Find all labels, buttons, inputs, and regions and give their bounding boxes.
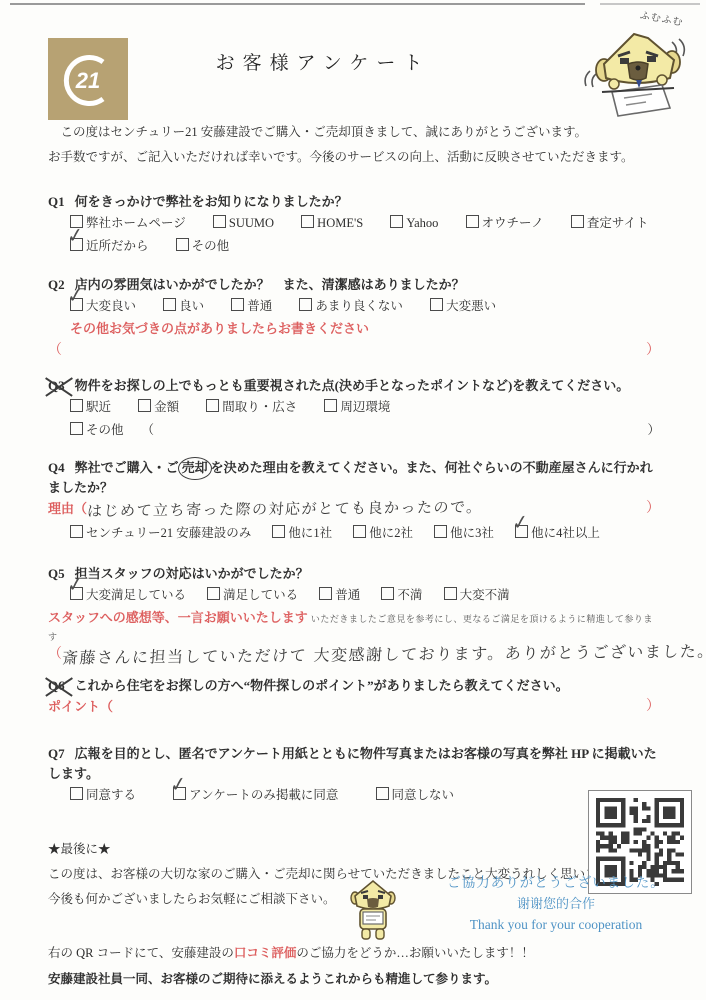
option-label: 良い bbox=[179, 299, 204, 313]
checkbox-disagree[interactable]: ✓ bbox=[376, 787, 389, 800]
q4-option-only: ✓センチュリー21 安藤建設のみ bbox=[70, 522, 251, 545]
option-label: HOME'S bbox=[317, 216, 363, 230]
q6-point-label: ポイント（ bbox=[48, 696, 113, 718]
q5-writein-area[interactable]: （ 斎藤さんに担当していただけて 大変感謝しております。ありがとうございました。… bbox=[48, 644, 660, 668]
q4-option-1sha: ✓他に1社 bbox=[272, 522, 332, 545]
paren-close: ） bbox=[646, 696, 660, 718]
option-label: その他 bbox=[86, 423, 124, 437]
checkbox-normal[interactable]: ✓ bbox=[231, 298, 244, 311]
checkbox-satei[interactable]: ✓ bbox=[571, 215, 584, 228]
option-label: 他に1社 bbox=[288, 526, 332, 540]
checkmark-icon: ✓ bbox=[511, 511, 530, 533]
q2-options: ✓大変良い ✓良い ✓普通 ✓あまり良くない ✓大変悪い bbox=[48, 295, 660, 318]
paren-close: ） bbox=[646, 498, 660, 520]
question-q3: Q3物件をお探しの上でもっとも重要視された点(決め手となったポイントなど)を教え… bbox=[0, 376, 706, 441]
q2-option-verybad: ✓大変悪い bbox=[430, 295, 496, 318]
option-label: 大変悪い bbox=[446, 299, 496, 313]
q7-option-disagree: ✓同意しない bbox=[376, 784, 455, 807]
thanks-block: ご協力ありがとうございました。 谢谢您的合作 Thank you for you… bbox=[420, 872, 692, 935]
q4-option-4plus: ✓他に4社以上 bbox=[515, 522, 600, 545]
option-label: アンケートのみ掲載に同意 bbox=[189, 788, 338, 802]
q1-option-homepage: ✓弊社ホームページ bbox=[70, 212, 186, 235]
q4-option-3sha: ✓他に3社 bbox=[434, 522, 494, 545]
paren-close: ） bbox=[646, 340, 660, 362]
q3-option-kingaku: ✓金額 bbox=[138, 396, 179, 419]
q7-heading: Q7広報を目的とし、匿名でアンケート用紙とともに物件写真またはお客様の写真を弊社… bbox=[48, 744, 660, 784]
option-label: 駅近 bbox=[86, 400, 111, 414]
q2-writein-prompt: その他お気づきの点がありましたらお書きください bbox=[48, 318, 660, 340]
q2-option-verygood: ✓大変良い bbox=[70, 295, 136, 318]
q2-writein-area[interactable]: （ ） bbox=[48, 340, 660, 362]
checkbox-satisfied[interactable]: ✓ bbox=[207, 587, 220, 600]
checkmark-icon: ✓ bbox=[66, 284, 85, 306]
q1-heading: Q1何をきっかけで弊社をお知りになりましたか？ bbox=[48, 192, 660, 212]
checkbox-kingaku[interactable]: ✓ bbox=[138, 399, 151, 412]
q5-text: 担当スタッフの対応はいかがでしたか？ bbox=[75, 566, 309, 581]
option-label: 金額 bbox=[154, 400, 179, 414]
question-q2: Q2店内の雰囲気はいかがでしたか？ また、清潔感はありましたか？ ✓大変良い ✓… bbox=[0, 275, 706, 362]
q4-reason-area[interactable]: 理由（ はじめて立ち寄った際の対応がとても良かったので。 ） bbox=[48, 498, 660, 522]
question-q5: Q5担当スタッフの対応はいかがでしたか？ ✓大変満足している ✓満足している ✓… bbox=[0, 564, 706, 668]
q7-option-surveyonly: ✓アンケートのみ掲載に同意 bbox=[173, 784, 338, 807]
option-label: オウチーノ bbox=[482, 216, 544, 230]
q4-option-2sha: ✓他に2社 bbox=[353, 522, 413, 545]
checkbox-notgood[interactable]: ✓ bbox=[299, 298, 312, 311]
q1-options-row1: ✓弊社ホームページ ✓SUUMO ✓HOME'S ✓Yahoo ✓オウチーノ ✓… bbox=[48, 212, 660, 235]
paren-open: （ bbox=[48, 644, 62, 666]
q7-text: 広報を目的とし、匿名でアンケート用紙とともに物件写真またはお客様の写真を弊社 H… bbox=[48, 746, 657, 781]
option-label: 不満 bbox=[397, 588, 422, 602]
paren-close: ） bbox=[647, 419, 660, 441]
q4-reason-handwriting: はじめて立ち寄った際の対応がとても良かったので。 bbox=[86, 496, 483, 522]
q4-options: ✓センチュリー21 安藤建設のみ ✓他に1社 ✓他に2社 ✓他に3社 ✓他に4社… bbox=[48, 522, 660, 545]
checkbox-q5-normal[interactable]: ✓ bbox=[319, 587, 332, 600]
q3-heading: Q3物件をお探しの上でもっとも重要視された点(決め手となったポイントなど)を教え… bbox=[48, 376, 660, 396]
option-label: 同意しない bbox=[392, 788, 455, 802]
checkbox-2sha[interactable]: ✓ bbox=[353, 525, 366, 538]
q5-handwriting: 斎藤さんに担当していただけて 大変感謝しております。ありがとうございました。 bbox=[61, 641, 706, 670]
checkbox-ekichika[interactable]: ✓ bbox=[70, 399, 83, 412]
q5-heading: Q5担当スタッフの対応はいかがでしたか？ bbox=[48, 564, 660, 584]
q5-option-normal: ✓普通 bbox=[319, 584, 360, 607]
checkbox-kinjo[interactable]: ✓ bbox=[70, 238, 83, 251]
checkbox-surveyonly[interactable]: ✓ bbox=[173, 787, 186, 800]
question-q4: Q4弊社でご購入・ご売却を決めた理由を教えてください。また、何社ぐらいの不動産屋… bbox=[0, 458, 706, 545]
q2-option-notgood: ✓あまり良くない bbox=[299, 295, 403, 318]
q4-circled-word: 売却 bbox=[178, 457, 212, 480]
checkbox-yahoo[interactable]: ✓ bbox=[390, 215, 403, 228]
checkbox-dissatisfied[interactable]: ✓ bbox=[381, 587, 394, 600]
option-label: Yahoo bbox=[406, 216, 438, 230]
checkbox-good[interactable]: ✓ bbox=[163, 298, 176, 311]
q2-option-good: ✓良い bbox=[163, 295, 204, 318]
q1-text: 何をきっかけで弊社をお知りになりましたか？ bbox=[75, 194, 348, 209]
thanks-japanese: ご協力ありがとうございました。 bbox=[420, 872, 692, 893]
checkbox-agree[interactable]: ✓ bbox=[70, 787, 83, 800]
thanks-chinese: 谢谢您的合作 bbox=[420, 893, 692, 914]
checkbox-verygood[interactable]: ✓ bbox=[70, 298, 83, 311]
q3-number: Q3 bbox=[48, 376, 65, 396]
option-label: 他に2社 bbox=[369, 526, 413, 540]
paren-open: （ bbox=[142, 423, 155, 437]
option-label: 大変満足している bbox=[86, 588, 186, 602]
q3-options: ✓駅近 ✓金額 ✓間取り・広さ ✓周辺環境 bbox=[48, 396, 660, 419]
q1-option-yahoo: ✓Yahoo bbox=[390, 212, 438, 235]
option-label: 近所だから bbox=[86, 239, 149, 253]
option-label: 普通 bbox=[335, 588, 360, 602]
intro-line-2: お手数ですが、ご記入いただければ幸いです。今後のサービスの向上、活動に反映させて… bbox=[48, 145, 660, 170]
q3-other-row: ✓その他（ ） bbox=[48, 419, 660, 441]
q2-option-normal: ✓普通 bbox=[231, 295, 272, 318]
option-label: 他に4社以上 bbox=[531, 526, 600, 540]
checkbox-shuhen[interactable]: ✓ bbox=[324, 399, 337, 412]
q1-option-kinjo: ✓近所だから bbox=[70, 235, 149, 258]
q6-number: Q6 bbox=[48, 676, 65, 696]
q4-heading: Q4弊社でご購入・ご売却を決めた理由を教えてください。また、何社ぐらいの不動産屋… bbox=[48, 458, 660, 498]
q5-option-verysatisfied: ✓大変満足している bbox=[70, 584, 186, 607]
q5-option-dissatisfied: ✓不満 bbox=[381, 584, 422, 607]
paren-open: （ bbox=[100, 699, 113, 714]
q3-text: 物件をお探しの上でもっとも重要視された点(決め手となったポイントなど)を教えてく… bbox=[75, 378, 630, 393]
q1-number: Q1 bbox=[48, 192, 65, 212]
checkbox-sonota[interactable]: ✓ bbox=[176, 238, 189, 251]
q1-options-row2: ✓近所だから ✓その他 bbox=[48, 235, 660, 258]
kuchikomi-highlight: 口コミ評価 bbox=[234, 946, 297, 960]
header: 21 お客様アンケート ふむふむ bbox=[0, 0, 706, 128]
checkmark-icon: ✓ bbox=[169, 773, 188, 795]
checkbox-1sha[interactable]: ✓ bbox=[272, 525, 285, 538]
q7-number: Q7 bbox=[48, 744, 65, 764]
q1-option-homes: ✓HOME'S bbox=[301, 212, 363, 235]
thanks-english: Thank you for your cooperation bbox=[420, 914, 692, 935]
checkbox-suumo[interactable]: ✓ bbox=[213, 215, 226, 228]
q2-number: Q2 bbox=[48, 275, 65, 295]
checkbox-verybad[interactable]: ✓ bbox=[430, 298, 443, 311]
q2-text: 店内の雰囲気はいかがでしたか？ また、清潔感はありましたか？ bbox=[75, 277, 465, 292]
question-q1: Q1何をきっかけで弊社をお知りになりましたか？ ✓弊社ホームページ ✓SUUMO… bbox=[0, 192, 706, 258]
option-label: 他に3社 bbox=[450, 526, 494, 540]
question-q6: Q6これから住宅をお探しの方へ“物件探しのポイント”がありましたら教えてください… bbox=[0, 676, 706, 718]
checkbox-homes[interactable]: ✓ bbox=[301, 215, 314, 228]
paren-open: （ bbox=[74, 501, 87, 516]
checkbox-ouchino[interactable]: ✓ bbox=[466, 215, 479, 228]
q7-option-agree: ✓同意する bbox=[70, 784, 136, 807]
q3-option-shuhen: ✓周辺環境 bbox=[324, 396, 390, 419]
q7-options: ✓同意する ✓アンケートのみ掲載に同意 ✓同意しない bbox=[48, 784, 660, 807]
qr-request-line-2: 安藤建設社員一同、お客様のご期待に添えるようこれからも精進して参ります。 bbox=[48, 966, 566, 992]
q1-option-sonota: ✓その他 bbox=[176, 235, 230, 258]
option-label: 大変不満 bbox=[460, 588, 510, 602]
q1-option-satei: ✓査定サイト bbox=[571, 212, 649, 235]
option-label: あまり良くない bbox=[315, 299, 403, 313]
q6-writein-area[interactable]: ポイント（ ） bbox=[48, 696, 660, 718]
option-label: 間取り・広さ bbox=[222, 400, 297, 414]
q5-option-verydissatisfied: ✓大変不満 bbox=[444, 584, 510, 607]
qr-request-paragraph: 右の QR コードにて、安藤建設の口コミ評価のご協力をどうか…お願いいたします！… bbox=[0, 940, 706, 992]
q5-number: Q5 bbox=[48, 564, 65, 584]
qr-request-line-1: 右の QR コードにて、安藤建設の口コミ評価のご協力をどうか…お願いいたします！… bbox=[48, 940, 566, 966]
checkmark-icon: ✓ bbox=[66, 224, 85, 246]
q3-option-madori: ✓間取り・広さ bbox=[206, 396, 297, 419]
option-label: 満足している bbox=[223, 588, 298, 602]
option-label: 周辺環境 bbox=[340, 400, 390, 414]
q2-heading: Q2店内の雰囲気はいかがでしたか？ また、清潔感はありましたか？ bbox=[48, 275, 660, 295]
checkbox-madori[interactable]: ✓ bbox=[206, 399, 219, 412]
checkbox-q3-other[interactable]: ✓ bbox=[70, 422, 83, 435]
paren-open: （ bbox=[48, 340, 62, 362]
q4-number: Q4 bbox=[48, 458, 65, 478]
option-label: センチュリー21 安藤建設のみ bbox=[86, 526, 251, 540]
q5-writein-prompt: スタッフへの感想等、一言お願いいたします bbox=[48, 610, 308, 625]
option-label: 弊社ホームページ bbox=[86, 216, 186, 230]
mascot-dog-reading-icon: ふむふむ bbox=[584, 8, 692, 120]
page-title: お客様アンケート bbox=[0, 48, 646, 75]
checkbox-verydissatisfied[interactable]: ✓ bbox=[444, 587, 457, 600]
q3-option-other: ✓その他 bbox=[70, 419, 124, 441]
mascot-dog-bowing-icon bbox=[348, 876, 398, 942]
option-label: その他 bbox=[192, 239, 230, 253]
option-label: 同意する bbox=[86, 788, 136, 802]
q6-heading: Q6これから住宅をお探しの方へ“物件探しのポイント”がありましたら教えてください… bbox=[48, 676, 660, 696]
q1-option-ouchino: ✓オウチーノ bbox=[466, 212, 544, 235]
closing-star-line: ★最後に★ bbox=[48, 837, 660, 862]
option-label: 査定サイト bbox=[587, 216, 649, 230]
option-label: 大変良い bbox=[86, 299, 136, 313]
checkmark-icon: ✓ bbox=[66, 573, 85, 595]
q4-reason-label: 理由（ bbox=[48, 498, 87, 520]
q5-option-satisfied: ✓満足している bbox=[207, 584, 298, 607]
q5-writein-prompt-row: スタッフへの感想等、一言お願いいたします いただきましたご意見を参考にし、更なる… bbox=[48, 607, 660, 644]
checkbox-3sha[interactable]: ✓ bbox=[434, 525, 447, 538]
option-label: SUUMO bbox=[229, 216, 274, 230]
checkbox-verysatisfied[interactable]: ✓ bbox=[70, 587, 83, 600]
q5-options: ✓大変満足している ✓満足している ✓普通 ✓不満 ✓大変不満 bbox=[48, 584, 660, 607]
q1-option-suumo: ✓SUUMO bbox=[213, 212, 274, 235]
q4-text-before: 弊社でご購入・ご bbox=[75, 460, 179, 475]
option-label: 普通 bbox=[247, 299, 272, 313]
q6-text: これから住宅をお探しの方へ“物件探しのポイント”がありましたら教えてください。 bbox=[75, 678, 569, 693]
checkbox-4plus[interactable]: ✓ bbox=[515, 525, 528, 538]
checkbox-c21only[interactable]: ✓ bbox=[70, 525, 83, 538]
survey-page: 21 お客様アンケート ふむふむ bbox=[0, 0, 706, 1000]
q3-option-ekichika: ✓駅近 bbox=[70, 396, 111, 419]
